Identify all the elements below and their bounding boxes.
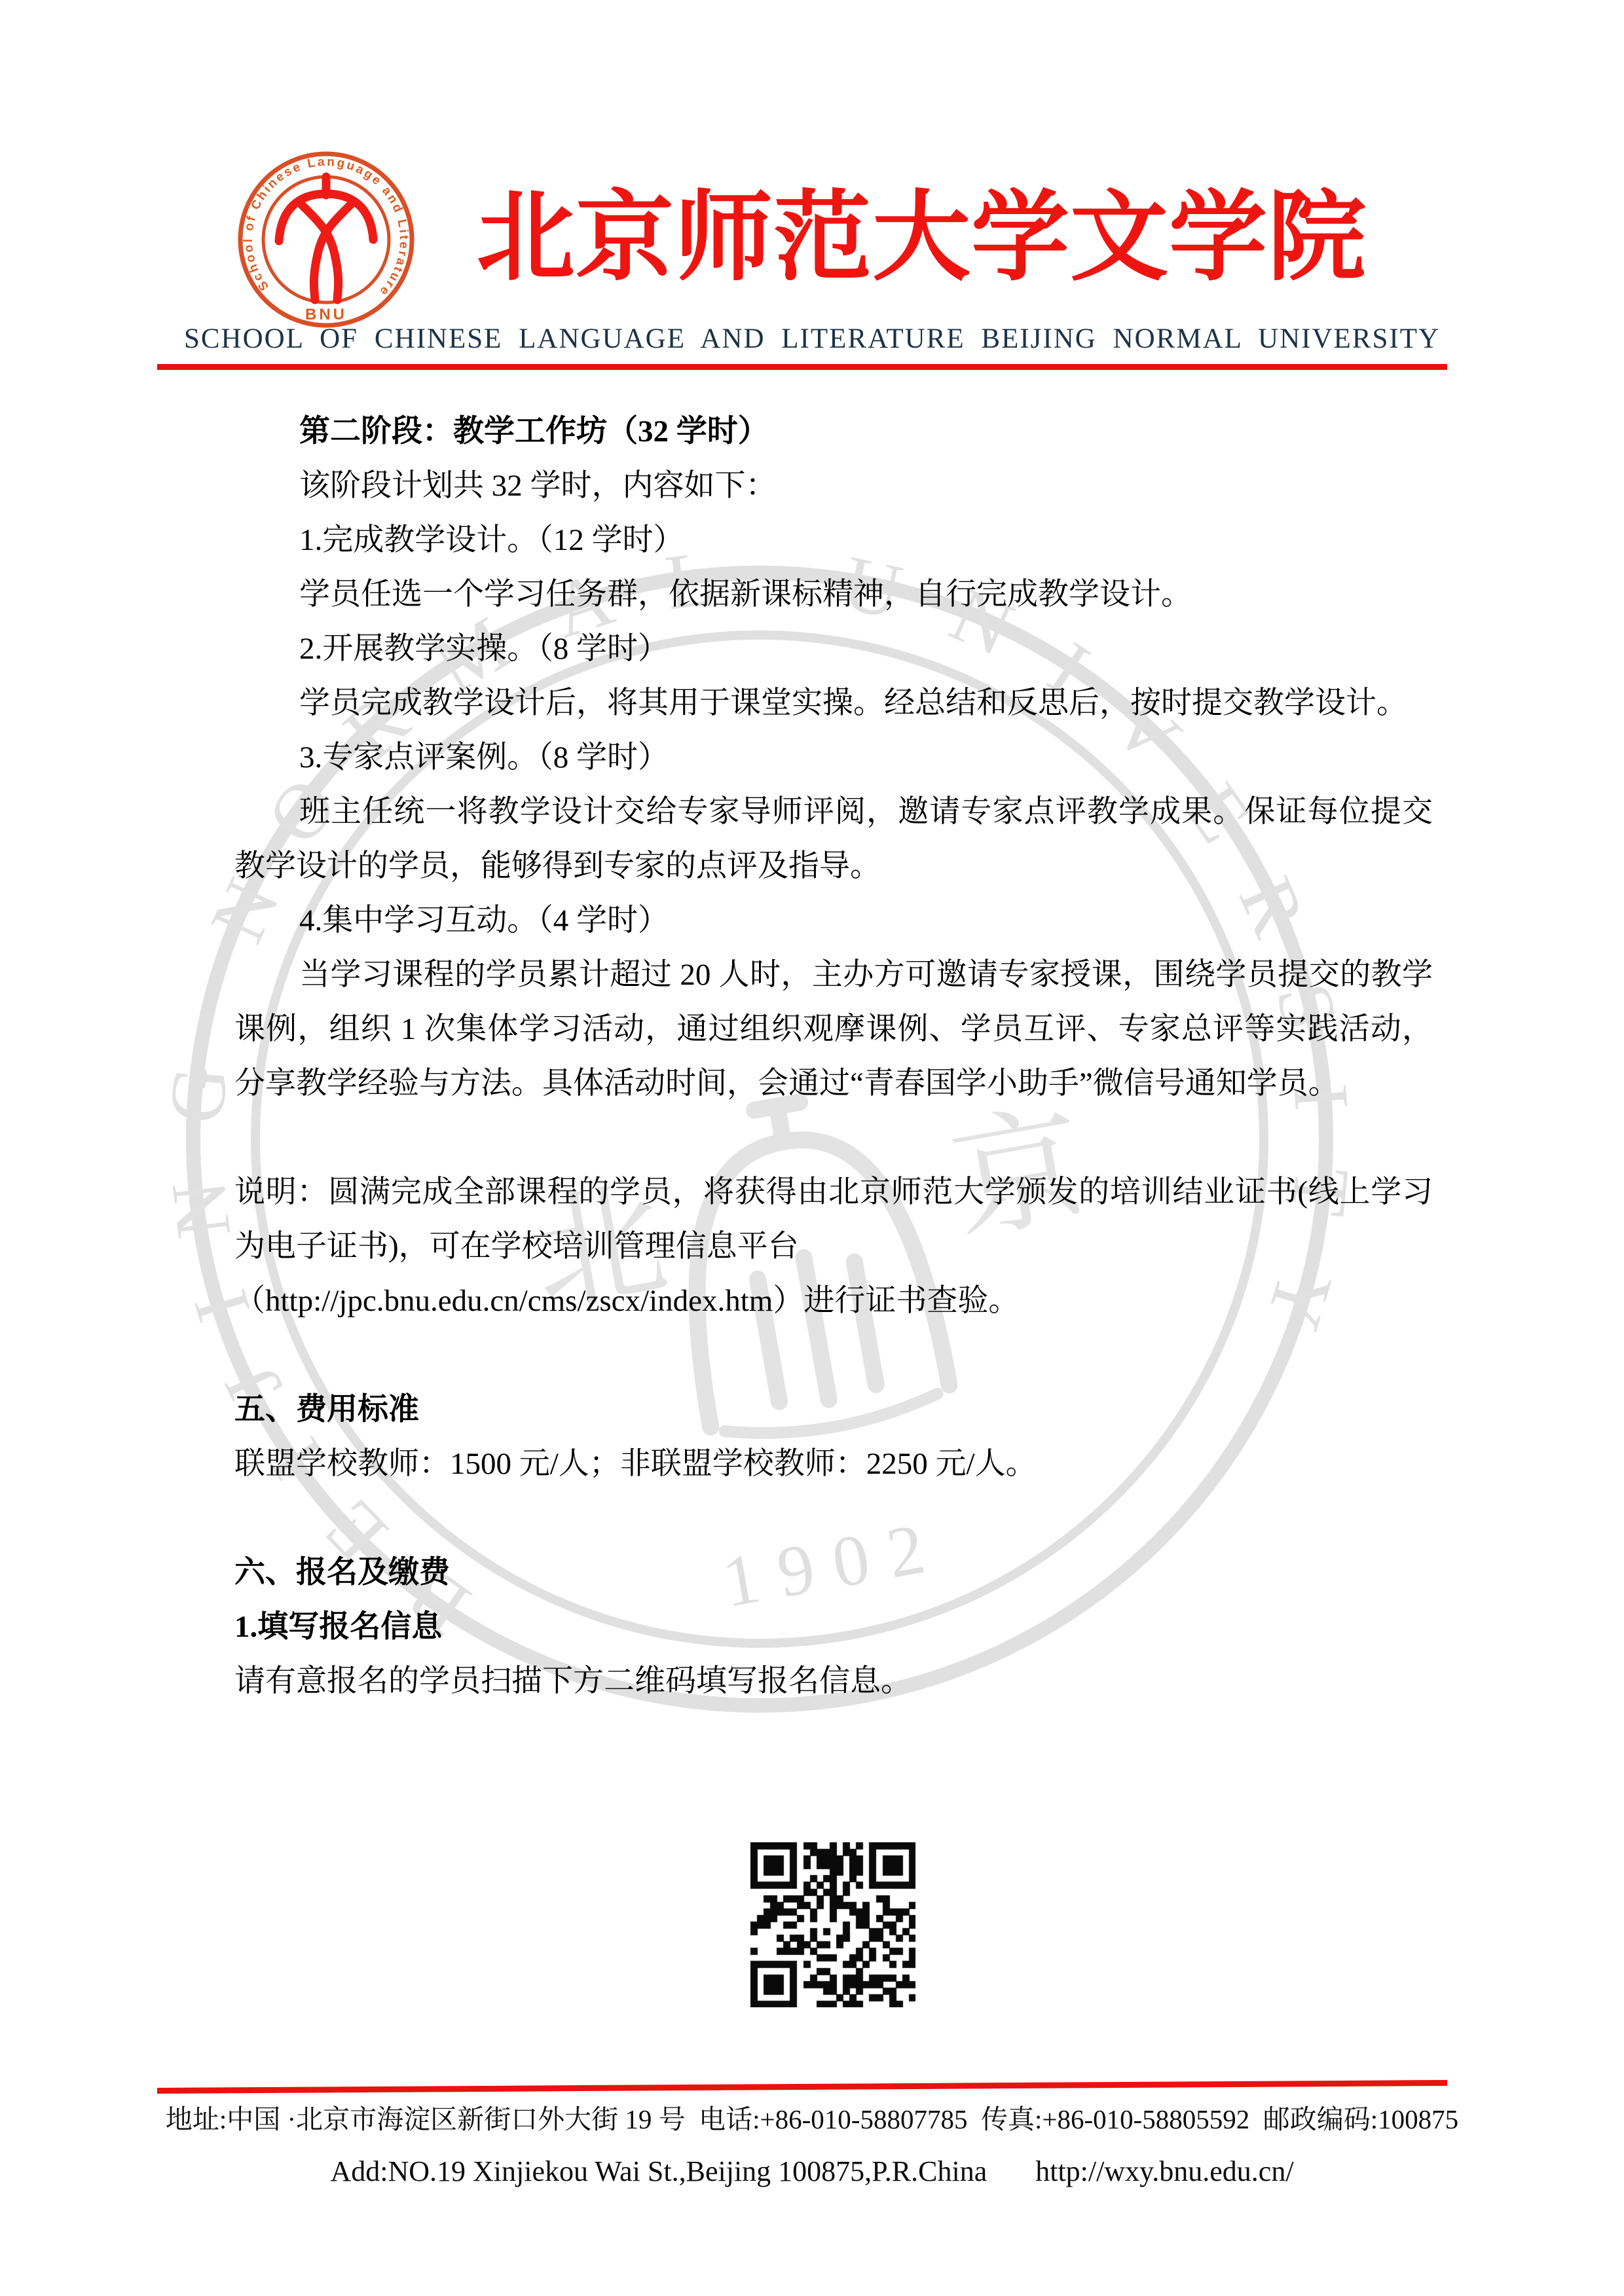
paragraph: 班主任统一将教学设计交给专家导师评阅，邀请专家点评教学成果。保证每位提交教学设计…	[234, 785, 1433, 894]
logo-bnu-text: BNU	[305, 306, 347, 323]
item-4-heading: 4.集中学习互动。（4 学时）	[234, 894, 1433, 948]
footer-divider-line	[157, 2080, 1447, 2094]
paragraph: 学员任选一个学习任务群，依据新课标精神，自行完成教学设计。	[234, 568, 1433, 622]
scan-instruction: 请有意报名的学员扫描下方二维码填写报名信息。	[234, 1654, 1433, 1709]
spacer	[234, 1491, 1433, 1546]
item-1-heading: 1.完成教学设计。（12 学时）	[234, 513, 1433, 568]
certificate-note: 说明：圆满完成全部课程的学员，将获得由北京师范大学颁发的培训结业证书(线上学习为…	[234, 1165, 1433, 1274]
stage2-heading: 第二阶段：教学工作坊（32 学时）	[234, 405, 1433, 459]
fee-line: 联盟学校教师：1500 元/人；非联盟学校教师：2250 元/人。	[234, 1437, 1433, 1491]
item-2-heading: 2.开展教学实操。（8 学时）	[234, 622, 1433, 676]
footer-english-line: Add:NO.19 Xinjiekou Wai St.,Beijing 1008…	[0, 2153, 1624, 2191]
logo-wen-glyph	[279, 177, 373, 300]
step1-heading: 1.填写报名信息	[234, 1600, 1433, 1654]
footer-website-url: http://wxy.bnu.edu.cn/	[1035, 2155, 1293, 2187]
school-title-chinese: 北京师范大学文学院	[477, 155, 1354, 322]
verify-url-line: （http://jpc.bnu.edu.cn/cms/zscx/index.ht…	[234, 1274, 1433, 1328]
registration-qr-code	[750, 1842, 915, 2007]
paragraph: 该阶段计划共 32 学时，内容如下：	[234, 459, 1433, 513]
footer-address-english: Add:NO.19 Xinjiekou Wai St.,Beijing 1008…	[330, 2155, 987, 2187]
paragraph: 当学习课程的学员累计超过 20 人时，主办方可邀请专家授课，围绕学员提交的教学课…	[234, 948, 1433, 1111]
spacer	[234, 1328, 1433, 1383]
spacer	[234, 1111, 1433, 1165]
item-3-heading: 3.专家点评案例。（8 学时）	[234, 731, 1433, 785]
school-title-english: SCHOOL OF CHINESE LANGUAGE AND LITERATUR…	[0, 322, 1624, 356]
header-divider-line	[157, 364, 1447, 370]
body-paragraphs: 第二阶段：教学工作坊（32 学时）该阶段计划共 32 学时，内容如下：1.完成教…	[234, 405, 1433, 1709]
section5-heading: 五、费用标准	[234, 1383, 1433, 1437]
document-page: BEIJING NORMAL UNIVERSITY 北 京 1902 Schoo…	[0, 0, 1624, 2296]
paragraph: 学员完成教学设计后，将其用于课堂实操。经总结和反思后，按时提交教学设计。	[234, 676, 1433, 731]
footer-address-line: 地址:中国 ·北京市海淀区新街口外大街 19 号 电话:+86-010-5880…	[0, 2102, 1624, 2137]
school-logo: School of Chinese Language and Literatur…	[234, 148, 418, 331]
section6-heading: 六、报名及缴费	[234, 1546, 1433, 1600]
